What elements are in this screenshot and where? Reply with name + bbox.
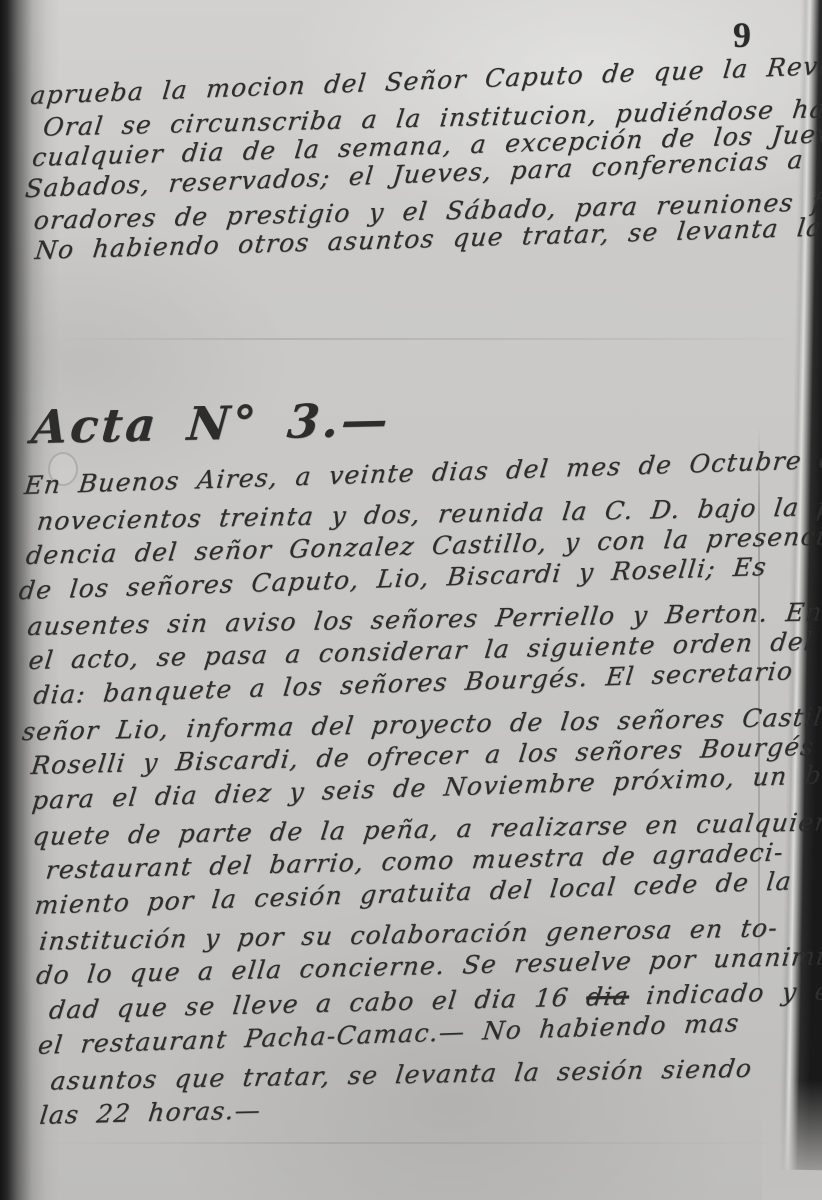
acta-heading: Acta N° 3.— [29, 392, 392, 454]
closing-paragraph: aprueba la mocion del Señor Caputo de qu… [30, 56, 822, 266]
acta-3-lines-after-strike: el restaurant Pacha-Camac.— No habiendo … [38, 1008, 822, 1133]
horizontal-crease-bottom [30, 1142, 790, 1144]
acta-3-body: En Buenos Aires, a veinte dias del mes d… [24, 448, 822, 1133]
acta-3-lines-before-strike: En Buenos Aires, a veinte dias del mes d… [24, 448, 822, 993]
struck-out-word: dia [585, 981, 631, 1011]
page-number: 9 [733, 14, 751, 56]
horizontal-crease-top [60, 338, 800, 340]
scanned-manuscript-page: 9 aprueba la mocion del Señor Caputo de … [0, 0, 822, 1200]
